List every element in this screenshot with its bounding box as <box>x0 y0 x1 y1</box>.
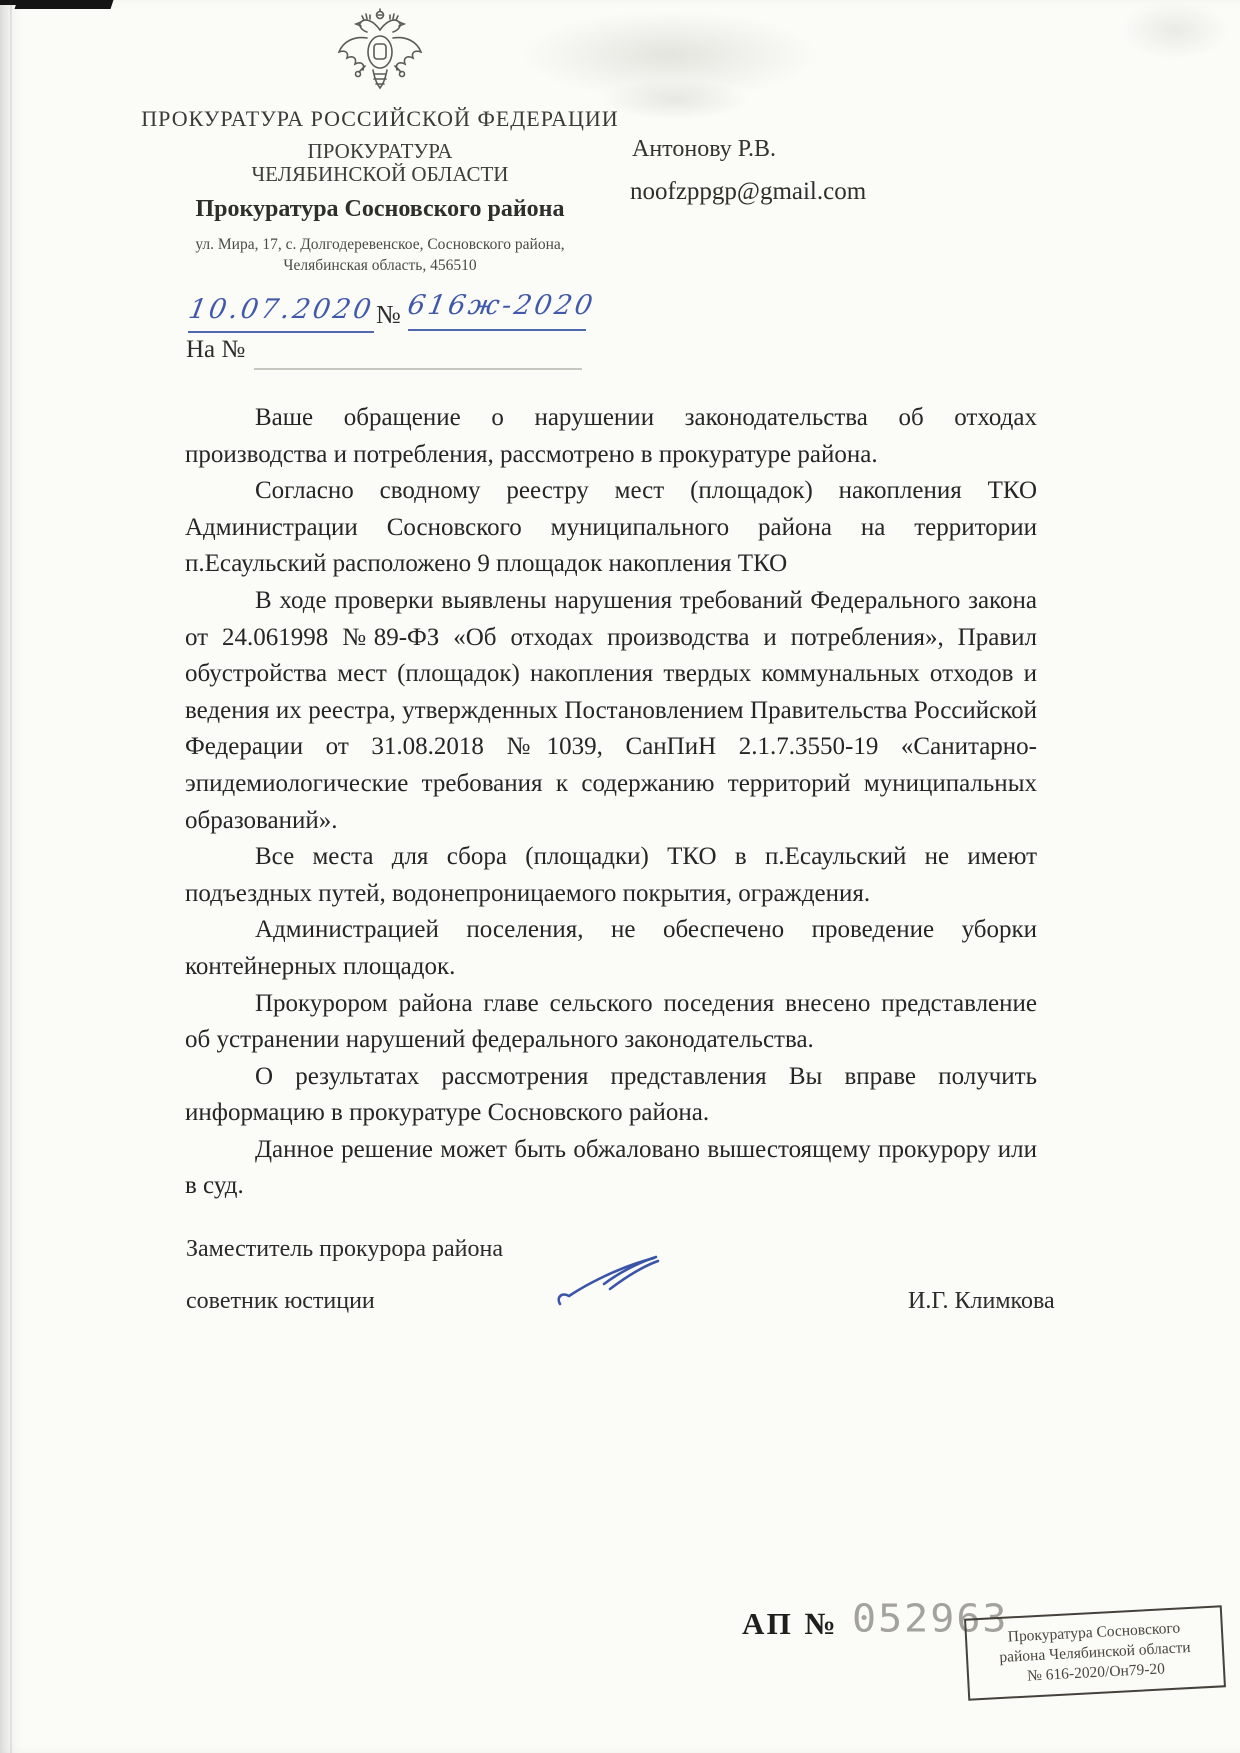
body-paragraph: Ваше обращение о нарушении законодательс… <box>185 400 1037 473</box>
reply-to-number-blank-line <box>254 368 582 370</box>
handwritten-signature-icon <box>552 1252 667 1319</box>
signer-title-line2: советник юстиции <box>186 1288 375 1315</box>
scanned-letter-page: ПРОКУРАТУРА РОССИЙСКОЙ ФЕДЕРАЦИИ ПРОКУРА… <box>0 0 1240 1753</box>
scan-edge-shadow <box>10 0 12 1753</box>
body-paragraph: Прокурором района главе сельского поседе… <box>185 986 1037 1059</box>
signer-title-line1: Заместитель прокурора района <box>186 1236 503 1263</box>
body-paragraph: О результатах рассмотрения представления… <box>185 1059 1037 1132</box>
scan-corner-artifact <box>15 0 114 9</box>
ap-number-label: АП № <box>742 1606 839 1642</box>
org-address-line1: ул. Мира, 17, с. Долгодеревенское, Сосно… <box>130 234 630 255</box>
org-address-line2: Челябинская область, 456510 <box>130 255 630 276</box>
org-name-region-line2: ЧЕЛЯБИНСКОЙ ОБЛАСТИ <box>130 163 630 186</box>
scan-noise <box>1120 0 1230 60</box>
org-address: ул. Мира, 17, с. Долгодеревенское, Сосно… <box>130 234 630 276</box>
registration-stamp: Прокуратура Сосновского района Челябинск… <box>964 1605 1226 1700</box>
signer-name: И.Г. Климкова <box>908 1288 1055 1315</box>
org-name-region-line1: ПРОКУРАТУРА <box>130 140 630 163</box>
letter-body: Ваше обращение о нарушении законодательс… <box>185 400 1037 1205</box>
body-paragraph: Данное решение может быть обжаловано выш… <box>185 1132 1037 1205</box>
body-paragraph: Согласно сводному реестру мест (площадок… <box>185 473 1037 583</box>
org-name-district: Прокуратура Сосновского района <box>130 196 630 223</box>
reply-to-number-label: На № <box>186 336 245 364</box>
coat-of-arms-russia-icon <box>334 8 426 113</box>
outgoing-number-handwritten: 616ж-2020 <box>408 290 586 331</box>
org-name-region: ПРОКУРАТУРА ЧЕЛЯБИНСКОЙ ОБЛАСТИ <box>130 140 630 186</box>
scan-noise <box>520 10 820 100</box>
outgoing-number-text: 616ж-2020 <box>405 290 598 321</box>
body-paragraph: Администрацией поселения, не обеспечено … <box>185 912 1037 985</box>
org-name-federation: ПРОКУРАТУРА РОССИЙСКОЙ ФЕДЕРАЦИИ <box>130 106 630 132</box>
outgoing-date-text: 10.07.2020 <box>186 294 376 325</box>
recipient-email: noofzppgp@gmail.com <box>630 178 866 206</box>
recipient-name: Антонову Р.В. <box>632 136 776 163</box>
number-sign-label: № <box>376 300 401 330</box>
outgoing-date-handwritten: 10.07.2020 <box>188 294 374 333</box>
body-paragraph: Все места для сбора (площадки) ТКО в п.Е… <box>185 839 1037 912</box>
body-paragraph: В ходе проверки выявлены нарушения требо… <box>185 583 1037 839</box>
